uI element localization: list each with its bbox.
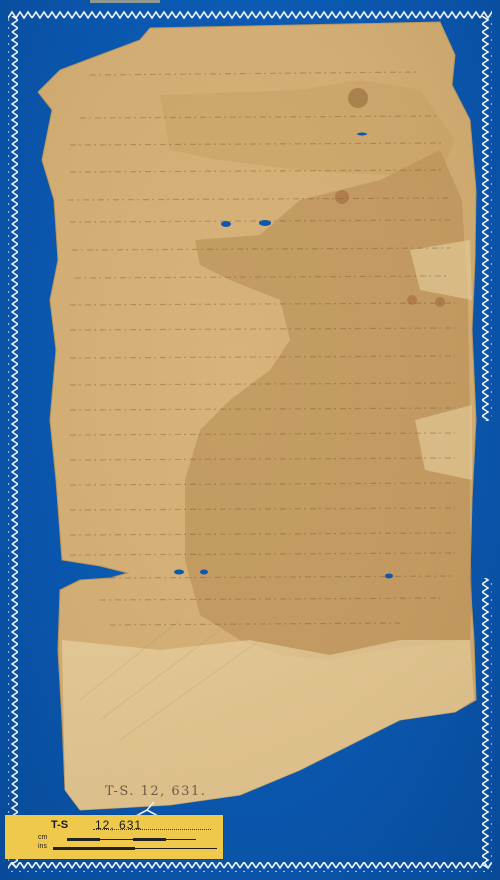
handwritten-shelfmark: T-S. 12, 631. xyxy=(105,784,206,799)
dotted-line xyxy=(93,829,211,830)
cm-scale-bar xyxy=(100,839,133,840)
inch-scale-bar xyxy=(53,847,135,850)
inch-scale-bar xyxy=(135,848,217,849)
shelfmark-label-with-scale: T-S 12, 631 cm ins xyxy=(5,815,223,859)
manuscript-fragment xyxy=(0,0,500,880)
inch-scale-label: ins xyxy=(38,843,47,850)
cm-scale-bar xyxy=(67,838,100,841)
cm-scale-label: cm xyxy=(38,834,47,841)
cm-scale-bar xyxy=(133,838,166,841)
collection-code: T-S xyxy=(51,819,68,831)
cm-scale-bar xyxy=(166,839,196,840)
